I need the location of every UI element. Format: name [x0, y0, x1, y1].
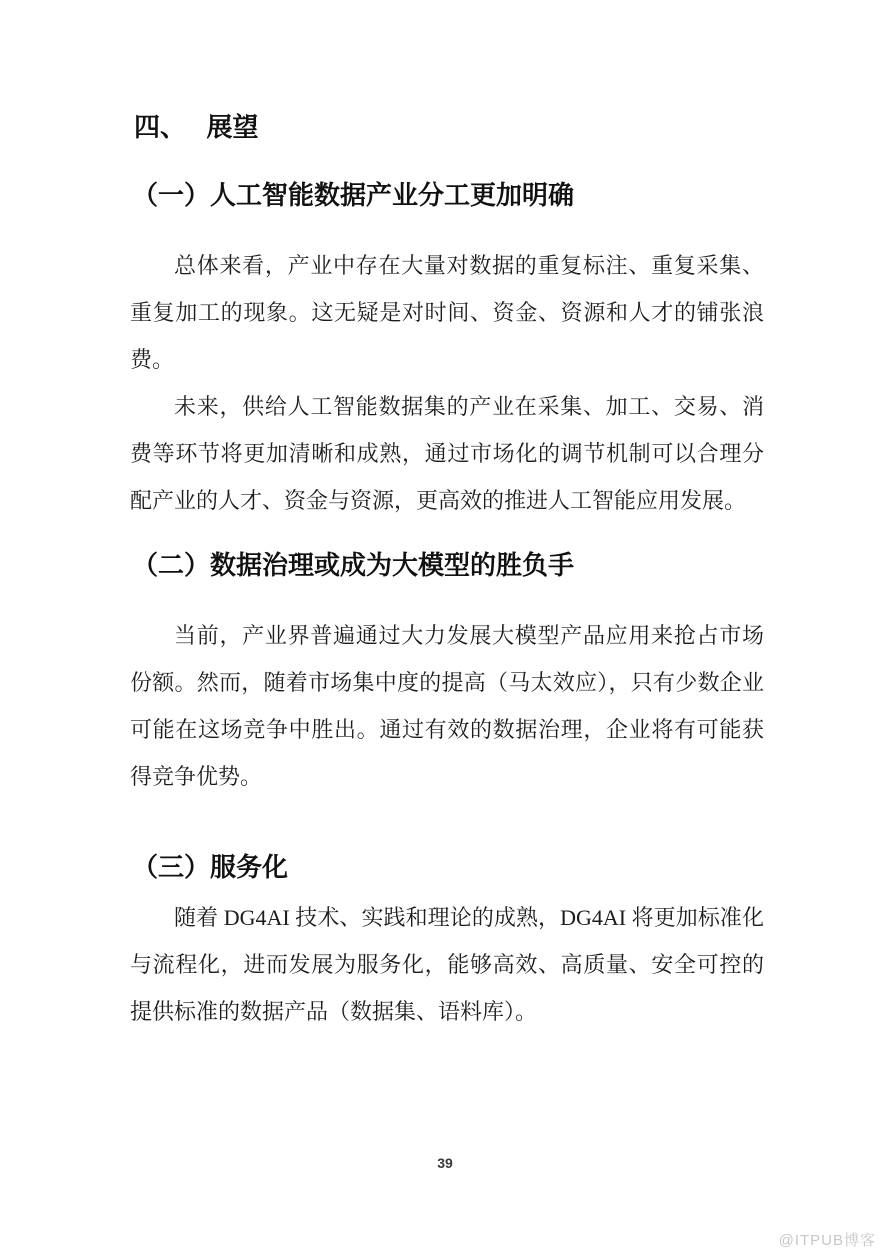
watermark: @ITPUB博客	[779, 1229, 876, 1250]
section-1-title: （一）人工智能数据产业分工更加明确	[132, 178, 764, 214]
section-1-paragraph-2: 未来，供给人工智能数据集的产业在采集、加工、交易、消费等环节将更加清晰和成熟，通…	[130, 383, 764, 524]
document-page: 四、 展望 （一）人工智能数据产业分工更加明确 总体来看，产业中存在大量对数据的…	[0, 0, 890, 1258]
section-2-paragraph-1: 当前，产业界普遍通过大力发展大模型产品应用来抢占市场份额。然而，随着市场集中度的…	[130, 612, 764, 800]
page-number: 39	[0, 1155, 890, 1171]
section-3-title: （三）服务化	[132, 850, 764, 886]
document-content: 四、 展望 （一）人工智能数据产业分工更加明确 总体来看，产业中存在大量对数据的…	[130, 0, 764, 1035]
section-2-title: （二）数据治理或成为大模型的胜负手	[132, 548, 764, 584]
chapter-heading: 四、 展望	[134, 110, 764, 146]
section-1-paragraph-1: 总体来看，产业中存在大量对数据的重复标注、重复采集、重复加工的现象。这无疑是对时…	[130, 242, 764, 383]
section-3-paragraph-1: 随着 DG4AI 技术、实践和理论的成熟，DG4AI 将更加标准化与流程化，进而…	[130, 894, 764, 1035]
